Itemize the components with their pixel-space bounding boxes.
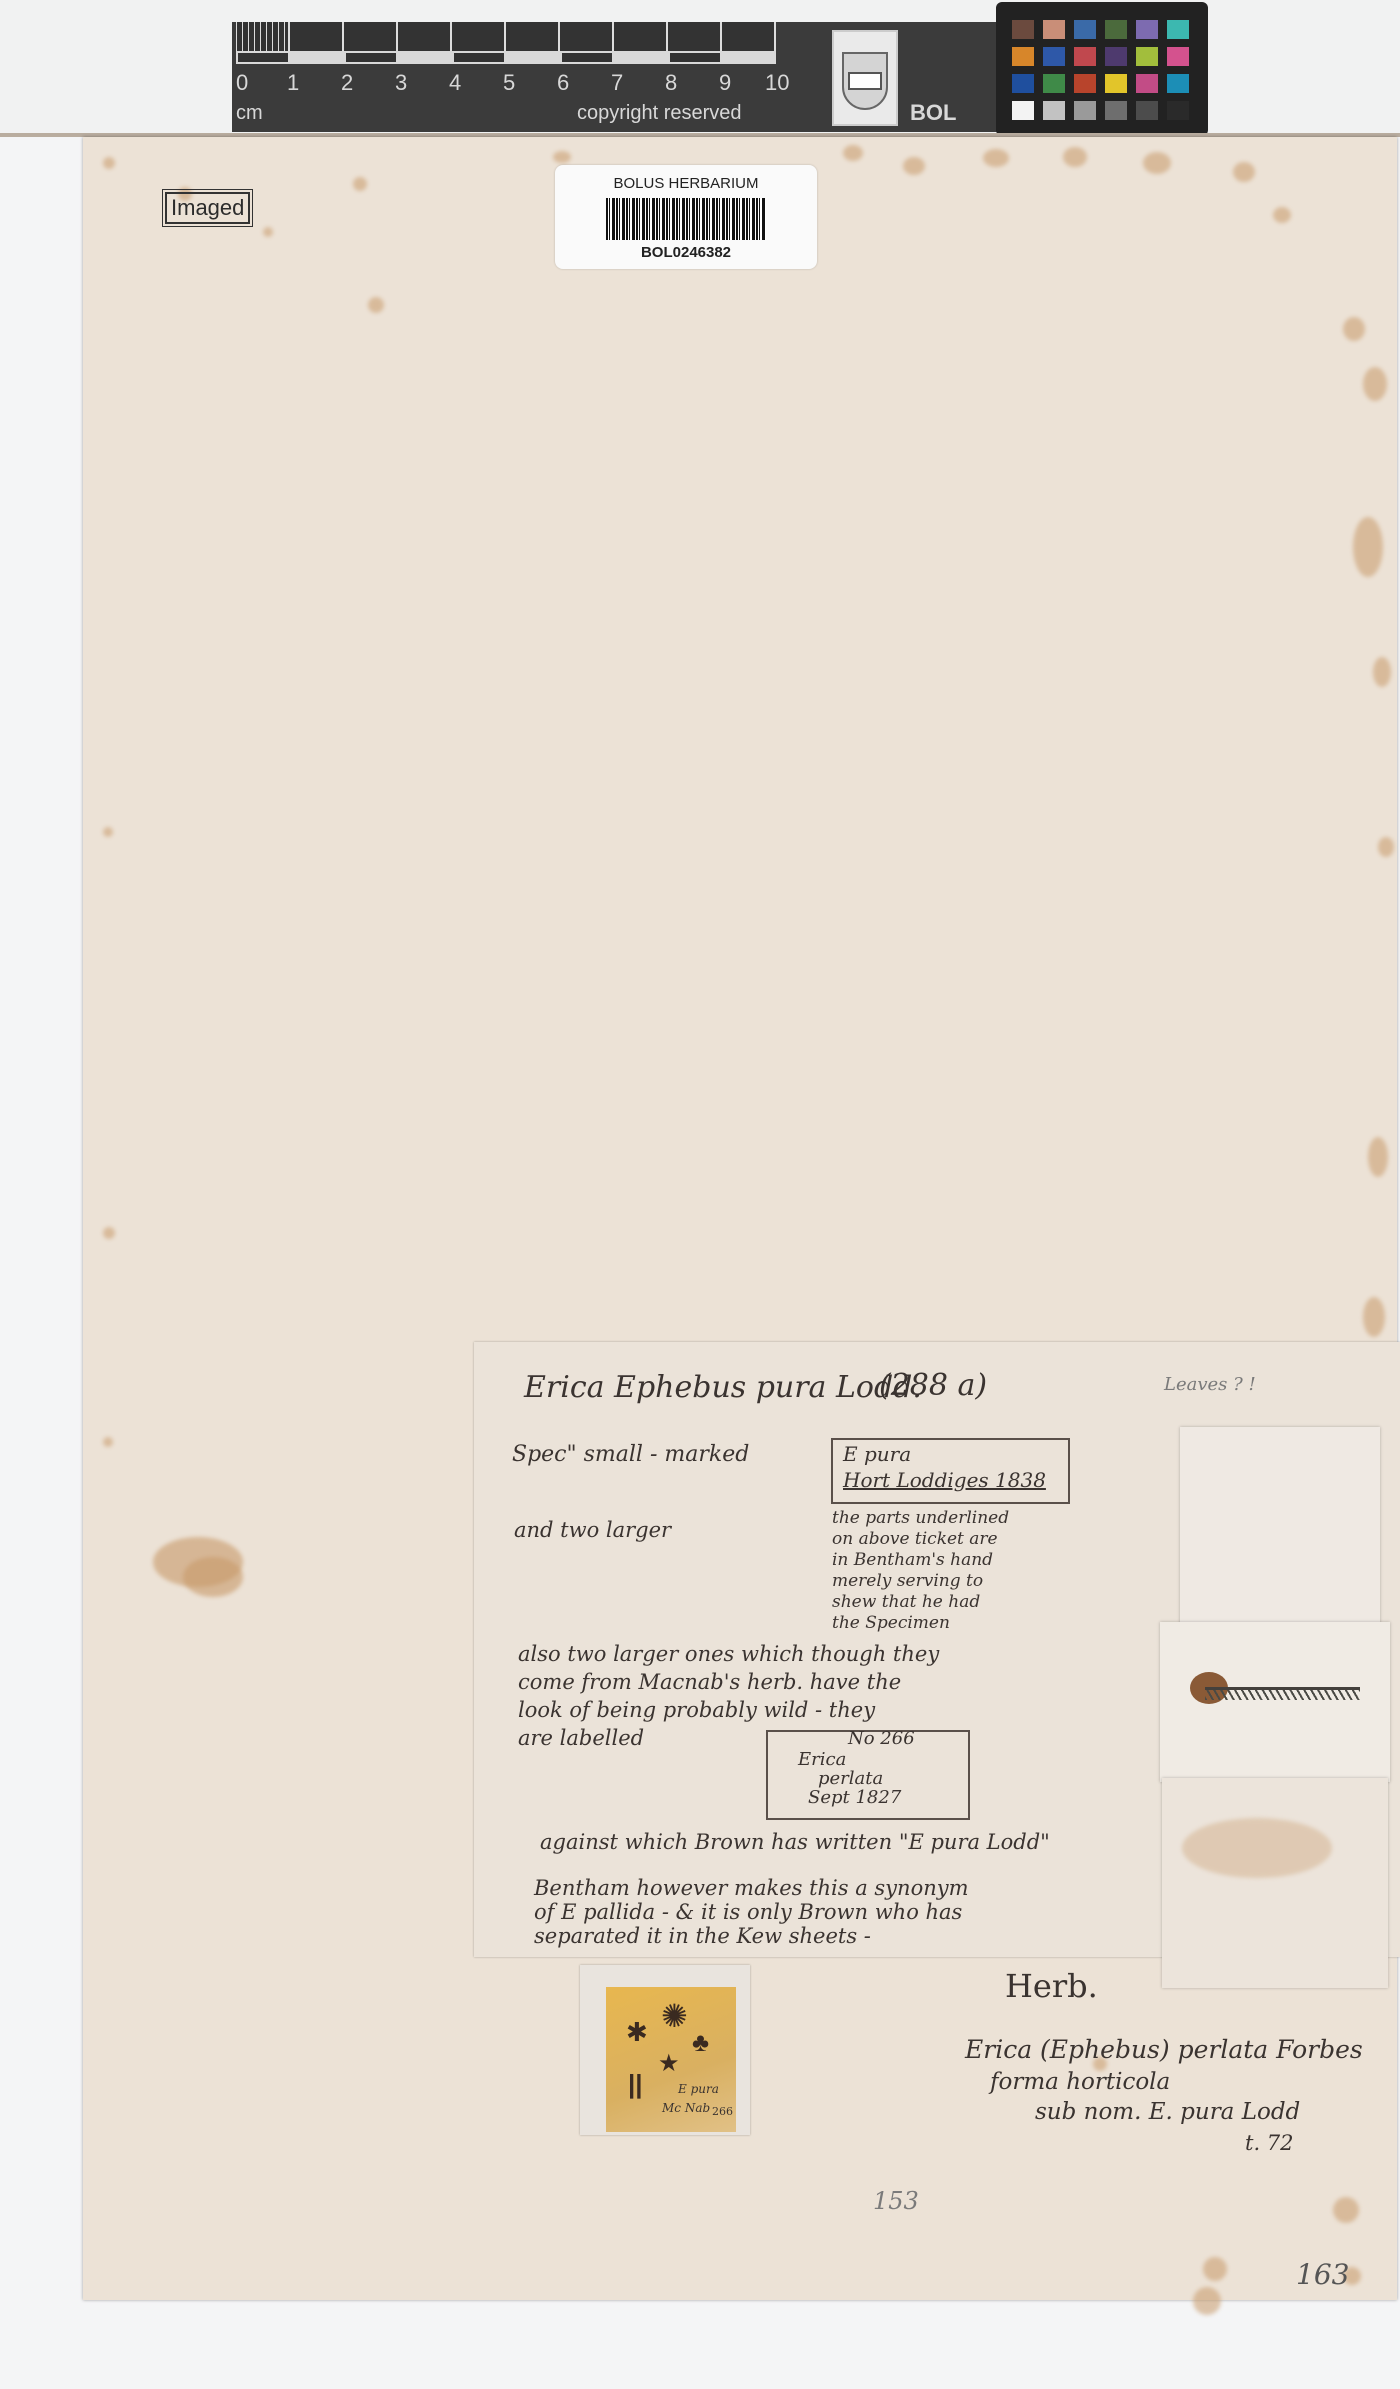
- color-swatch: [1043, 20, 1065, 39]
- herb-heading: Herb.: [1005, 1967, 1098, 2005]
- ruler-segment: [452, 22, 506, 51]
- tick-label: 6: [557, 70, 569, 96]
- pencil-number: 163: [1296, 2258, 1349, 2291]
- paragraph-line: look of being probably wild - they: [518, 1696, 939, 1724]
- stain: [1182, 1818, 1332, 1878]
- determination-label: Herb. Erica (Ephebus) perlata Forbes for…: [955, 1953, 1397, 2193]
- note-title: Erica Ephebus pura Lodd.: [524, 1370, 922, 1405]
- tick-label: 7: [611, 70, 623, 96]
- color-swatch: [1105, 101, 1127, 120]
- unit-label: cm: [236, 102, 263, 125]
- side-note: the parts underlined on above ticket are…: [832, 1508, 1009, 1634]
- ruler-block: [398, 51, 452, 64]
- color-swatch: [1043, 47, 1065, 66]
- side-note-line: on above ticket are: [832, 1529, 1009, 1550]
- foxing-spot: [1233, 162, 1255, 182]
- foxing-spot: [1368, 1137, 1388, 1177]
- scale-bar: 0 1 2 3 4 5 6 7 8 9 10 cm copyright rese…: [232, 22, 1002, 132]
- tick-label: 8: [665, 70, 677, 96]
- ruler-block: [236, 51, 290, 64]
- pencil-number: 153: [873, 2187, 919, 2215]
- herb-line: Erica (Ephebus) perlata Forbes: [965, 2035, 1363, 2064]
- dissection-card: ✱ ✺ ♣ ★ || E pura Mc Nab 266: [606, 1987, 736, 2132]
- foxing-spot: [1193, 2287, 1221, 2315]
- color-swatch: [1043, 74, 1065, 93]
- color-swatch: [1074, 101, 1096, 120]
- herbarium-name: BOLUS HERBARIUM: [555, 175, 817, 192]
- dissection-packet: ✱ ✺ ♣ ★ || E pura Mc Nab 266: [580, 1965, 750, 2135]
- color-swatch: [1012, 47, 1034, 66]
- foxing-spot: [1143, 152, 1171, 174]
- color-swatch: [1012, 101, 1034, 120]
- ruler-block: [344, 51, 398, 64]
- foxing-spot: [368, 297, 384, 313]
- book-icon: [848, 72, 882, 90]
- foxing-spot: [1378, 837, 1394, 857]
- paragraph-line: Bentham however makes this a synonym: [534, 1876, 969, 1900]
- crest-logo-icon: [832, 30, 898, 126]
- note-ref: (288 a): [879, 1368, 987, 1403]
- color-swatch: [1167, 47, 1189, 66]
- ruler-segment: [560, 22, 614, 51]
- packet-label: 266: [712, 2105, 733, 2118]
- herb-line: forma horticola: [990, 2069, 1170, 2095]
- ruler-segment: [506, 22, 560, 51]
- flower-part-icon: ✺: [661, 1997, 688, 2035]
- note-line: Spec" small - marked: [512, 1442, 749, 1467]
- ticket-line: perlata: [818, 1768, 1018, 1789]
- side-note-line: the Specimen: [832, 1613, 1009, 1634]
- packet-label: E pura: [678, 2082, 719, 2096]
- paragraph-line: separated it in the Kew sheets -: [534, 1924, 969, 1948]
- tick-label: 0: [236, 70, 248, 96]
- side-note-line: in Bentham's hand: [832, 1550, 1009, 1571]
- foxing-spot: [843, 145, 863, 161]
- ruler-mm-segment: [236, 22, 290, 51]
- ruler-block: [614, 51, 668, 64]
- flower-part-icon: ✱: [626, 2017, 648, 2048]
- tick-label: 5: [503, 70, 515, 96]
- color-swatch: [1136, 20, 1158, 39]
- side-note-line: shew that he had: [832, 1592, 1009, 1613]
- foxing-spot: [353, 177, 367, 191]
- foxing-spot: [103, 1437, 113, 1447]
- tick-label: 2: [341, 70, 353, 96]
- foxing-spot: [1363, 367, 1387, 401]
- tick-label: 1: [287, 70, 299, 96]
- flower-part-icon: ♣: [692, 2027, 709, 2058]
- foxing-spot: [1343, 317, 1365, 341]
- color-swatch: [1167, 20, 1189, 39]
- foxing-spot: [103, 157, 115, 169]
- foxing-spot: [1363, 1297, 1385, 1337]
- foxing-spot: [553, 151, 571, 163]
- color-swatch: [1012, 20, 1034, 39]
- copyright-label: copyright reserved: [577, 102, 742, 125]
- ticket-line: No 266: [848, 1728, 1048, 1749]
- paragraph: Bentham however makes this a synonym of …: [534, 1876, 969, 1948]
- color-swatch: [1074, 74, 1096, 93]
- note-line: and two larger: [514, 1518, 671, 1542]
- imaged-stamp: Imaged: [165, 192, 250, 224]
- ruler-segment: [722, 22, 776, 51]
- catalog-number: BOL0246382: [555, 244, 817, 261]
- ruler-block: [668, 51, 722, 64]
- tick-label: 3: [395, 70, 407, 96]
- ruler-block: [290, 51, 344, 64]
- paragraph-line: of E pallida - & it is only Brown who ha…: [534, 1900, 969, 1924]
- ruler-block: [722, 51, 776, 64]
- color-swatch: [1012, 74, 1034, 93]
- foxing-spot: [903, 157, 925, 175]
- ticket-line: Hort Loddiges 1838: [843, 1468, 1078, 1492]
- note-line: against which Brown has written "E pura …: [540, 1830, 1050, 1854]
- color-swatch: [1105, 74, 1127, 93]
- ruler-segment: [398, 22, 452, 51]
- foxing-stain: [183, 1557, 243, 1597]
- ruler-segment: [614, 22, 668, 51]
- foxing-spot: [1063, 147, 1087, 167]
- barcode-label: BOLUS HERBARIUM BOL0246382: [555, 165, 817, 269]
- herb-line: sub nom. E. pura Lodd: [1035, 2099, 1300, 2125]
- tick-label: 9: [719, 70, 731, 96]
- foxing-spot: [103, 1227, 115, 1239]
- side-note-line: merely serving to: [832, 1571, 1009, 1592]
- color-swatch: [1105, 47, 1127, 66]
- ruler-segment: [668, 22, 722, 51]
- flower-part-icon: ★: [658, 2049, 680, 2078]
- specimen-packet-flap: [1180, 1427, 1380, 1637]
- color-swatch: [1167, 74, 1189, 93]
- color-swatch: [1043, 101, 1065, 120]
- tick-label: 10: [765, 70, 789, 96]
- barcode-icon: [606, 198, 766, 240]
- color-swatch: [1136, 47, 1158, 66]
- pencil-note: Leaves ? !: [1164, 1374, 1256, 1395]
- ticket-box: No 266 Erica perlata Sept 1827: [766, 1730, 970, 1820]
- packet-label: Mc Nab: [662, 2101, 710, 2115]
- foxing-spot: [103, 827, 113, 837]
- ruler-block: [506, 51, 560, 64]
- institution-code: BOL: [910, 100, 956, 126]
- specimen-stem: [1205, 1687, 1360, 1700]
- herb-line: t. 72: [1245, 2131, 1294, 2155]
- color-swatch: [1074, 47, 1096, 66]
- ruler: [236, 22, 776, 66]
- foxing-spot: [263, 227, 273, 237]
- ruler-block: [560, 51, 614, 64]
- ticket-line: Erica: [798, 1749, 998, 1770]
- paragraph-line: come from Macnab's herb. have the: [518, 1668, 939, 1696]
- ruler-segment: [290, 22, 344, 51]
- side-note-line: the parts underlined: [832, 1508, 1009, 1529]
- ticket-line: E pura: [843, 1442, 1078, 1466]
- ruler-block: [452, 51, 506, 64]
- foxing-spot: [1353, 517, 1383, 577]
- specimen-packet: [1160, 1622, 1390, 1782]
- foxing-spot: [983, 149, 1009, 167]
- ruler-segment: [344, 22, 398, 51]
- color-swatch: [1167, 101, 1189, 120]
- color-calibration-chart: [996, 2, 1208, 136]
- tick-label: 4: [449, 70, 461, 96]
- color-swatch: [1074, 20, 1096, 39]
- foxing-spot: [1273, 207, 1291, 223]
- foxing-spot: [1373, 657, 1391, 687]
- paragraph-line: also two larger ones which though they: [518, 1640, 939, 1668]
- ticket-box: E pura Hort Loddiges 1838: [831, 1438, 1070, 1504]
- ticket-line: Sept 1827: [808, 1787, 1008, 1808]
- color-swatch: [1105, 20, 1127, 39]
- color-swatch: [1136, 74, 1158, 93]
- color-swatch: [1136, 101, 1158, 120]
- foxing-spot: [1333, 2197, 1359, 2223]
- foxing-spot: [1203, 2257, 1227, 2281]
- flower-part-icon: ||: [628, 2069, 643, 2100]
